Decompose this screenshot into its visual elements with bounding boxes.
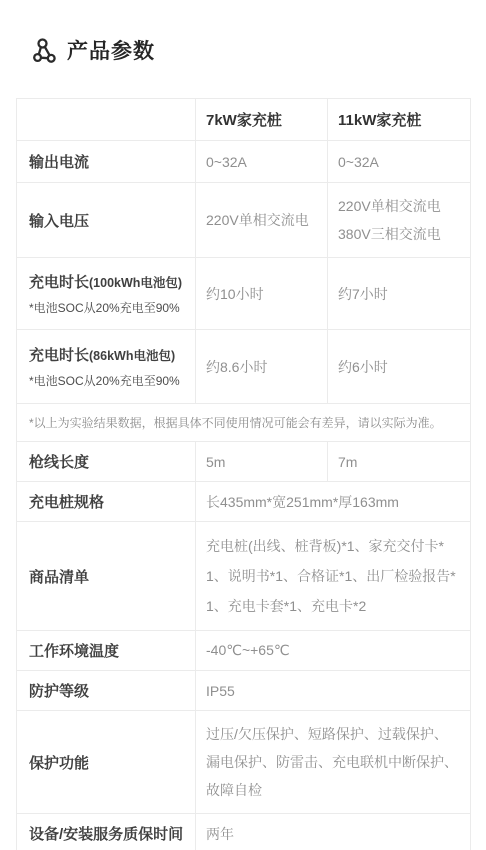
spec-value-11kw: 0~32A xyxy=(328,141,471,183)
spec-label: 充电时长(86kWh电池包) *电池SOC从20%充电至90% xyxy=(17,330,196,404)
table-row-output-current: 输出电流 0~32A 0~32A xyxy=(17,141,471,183)
spec-value-11kw: 约6小时 xyxy=(328,330,471,404)
spec-label: 输出电流 xyxy=(17,141,196,183)
product-specs-page: 产品参数 7kW家充桩 11kW家充桩 输出电流 0~32A 0~32A 输入电… xyxy=(0,0,486,850)
disclaimer-note: *以上为实验结果数据，根据具体不同使用情况可能会有差异，请以实际为准。 xyxy=(17,404,471,442)
charge-time-label: 充电时长 xyxy=(29,347,89,364)
table-row-cable-length: 枪线长度 5m 7m xyxy=(17,442,471,482)
spec-value: 长435mm*宽251mm*厚163mm xyxy=(196,482,471,522)
spec-label: 充电时长(100kWh电池包) *电池SOC从20%充电至90% xyxy=(17,258,196,330)
spec-label: 保护功能 xyxy=(17,711,196,814)
spec-value-11kw: 约7小时 xyxy=(328,258,471,330)
voltage-line-1: 220V单相交流电 xyxy=(338,192,460,220)
spec-label: 商品清单 xyxy=(17,522,196,631)
table-header-row: 7kW家充桩 11kW家充桩 xyxy=(17,99,471,141)
table-row-charge-time-100kwh: 充电时长(100kWh电池包) *电池SOC从20%充电至90% 约10小时 约… xyxy=(17,258,471,330)
table-row-pile-size: 充电桩规格 长435mm*宽251mm*厚163mm xyxy=(17,482,471,522)
spec-label: 防护等级 xyxy=(17,671,196,711)
molecule-icon xyxy=(32,37,57,64)
table-row-input-voltage: 输入电压 220V单相交流电 220V单相交流电 380V三相交流电 xyxy=(17,183,471,258)
spec-label: 枪线长度 xyxy=(17,442,196,482)
spec-value-7kw: 220V单相交流电 xyxy=(196,183,328,258)
soc-subnote: *电池SOC从20%充电至90% xyxy=(29,299,187,316)
spec-value: IP55 xyxy=(196,671,471,711)
table-row-package-list: 商品清单 充电桩(出线、桩背板)*1、家充交付卡*1、说明书*1、合格证*1、出… xyxy=(17,522,471,631)
spec-table: 7kW家充桩 11kW家充桩 输出电流 0~32A 0~32A 输入电压 220… xyxy=(16,98,471,850)
table-row-protection-functions: 保护功能 过压/欠压保护、短路保护、过载保护、漏电保护、防雷击、充电联机中断保护… xyxy=(17,711,471,814)
spec-value-7kw: 0~32A xyxy=(196,141,328,183)
spec-label: 工作环境温度 xyxy=(17,631,196,671)
charge-time-label-line: 充电时长(100kWh电池包) xyxy=(29,271,187,292)
table-row-warranty: 设备/安装服务质保时间 两年 xyxy=(17,814,471,850)
table-row-protection-level: 防护等级 IP55 xyxy=(17,671,471,711)
spec-label: 设备/安装服务质保时间 xyxy=(17,814,196,850)
spec-value: 过压/欠压保护、短路保护、过载保护、漏电保护、防雷击、充电联机中断保护、故障自检 xyxy=(196,711,471,814)
table-row-disclaimer: *以上为实验结果数据，根据具体不同使用情况可能会有差异，请以实际为准。 xyxy=(17,404,471,442)
spec-value-7kw: 5m xyxy=(196,442,328,482)
section-header: 产品参数 xyxy=(16,0,470,64)
spec-value-11kw: 7m xyxy=(328,442,471,482)
soc-subnote: *电池SOC从20%充电至90% xyxy=(29,372,187,389)
spec-value: 充电桩(出线、桩背板)*1、家充交付卡*1、说明书*1、合格证*1、出厂检验报告… xyxy=(196,522,471,631)
spec-label: 充电桩规格 xyxy=(17,482,196,522)
table-row-charge-time-86kwh: 充电时长(86kWh电池包) *电池SOC从20%充电至90% 约8.6小时 约… xyxy=(17,330,471,404)
voltage-line-2: 380V三相交流电 xyxy=(338,220,460,248)
spec-value: 两年 xyxy=(196,814,471,850)
battery-pack-label: (100kWh电池包) xyxy=(89,276,182,290)
column-header-11kw: 11kW家充桩 xyxy=(328,99,471,141)
charge-time-label-line: 充电时长(86kWh电池包) xyxy=(29,344,187,365)
spec-value-7kw: 约10小时 xyxy=(196,258,328,330)
spec-label: 输入电压 xyxy=(17,183,196,258)
table-row-working-temp: 工作环境温度 -40℃~+65℃ xyxy=(17,631,471,671)
spec-value-7kw: 约8.6小时 xyxy=(196,330,328,404)
battery-pack-label: (86kWh电池包) xyxy=(89,349,175,363)
header-empty-cell xyxy=(17,99,196,141)
spec-value: -40℃~+65℃ xyxy=(196,631,471,671)
column-header-7kw: 7kW家充桩 xyxy=(196,99,328,141)
spec-value-11kw: 220V单相交流电 380V三相交流电 xyxy=(328,183,471,258)
section-title: 产品参数 xyxy=(67,35,155,65)
charge-time-label: 充电时长 xyxy=(29,274,89,291)
